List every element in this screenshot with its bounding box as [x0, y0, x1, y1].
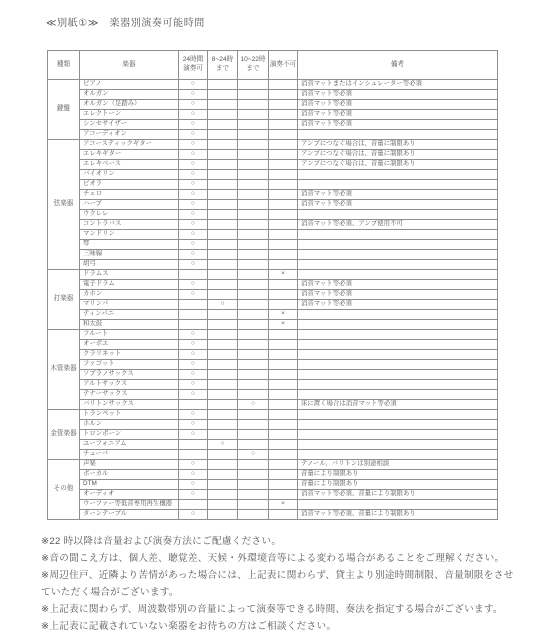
table-row: ハープ○消音マット等必須: [48, 200, 498, 210]
remark-text: 音量により制限あり: [298, 480, 498, 490]
mark-24h-allowed: ○: [179, 80, 208, 90]
table-row: コントラバス○消音マット等必須、アンプ使用不可: [48, 220, 498, 230]
mark-until-24: [208, 210, 238, 220]
instrument-name: DTM: [80, 480, 179, 490]
remark-text: 消音マット等必須: [298, 190, 498, 200]
table-row: 三味線○: [48, 250, 498, 260]
mark-24h-allowed: ○: [179, 250, 208, 260]
category-label: 金管楽器: [48, 410, 80, 460]
remark-text: 消音マットまたはインシュレーター等必須: [298, 80, 498, 90]
mark-not-allowed: [269, 440, 298, 450]
category-label: その他: [48, 460, 80, 520]
category-label: 打楽器: [48, 270, 80, 330]
instrument-name: オルガン: [80, 90, 179, 100]
mark-24h-allowed: ○: [179, 420, 208, 430]
mark-until-22: [238, 200, 269, 210]
remark-text: [298, 250, 498, 260]
instrument-name: エレキベース: [80, 160, 179, 170]
remark-text: [298, 430, 498, 440]
footnote: ※上記表に記載されていない楽器をお待ちの方はご相談ください。: [41, 618, 523, 635]
instrument-name: 三味線: [80, 250, 179, 260]
instrument-name: チューバ: [80, 450, 179, 460]
mark-not-allowed: [269, 350, 298, 360]
mark-24h-allowed: [179, 400, 208, 410]
mark-24h-allowed: ○: [179, 430, 208, 440]
mark-not-allowed: [269, 130, 298, 140]
mark-until-24: [208, 220, 238, 230]
instrument-name: ティンパニ: [80, 310, 179, 320]
mark-24h-allowed: [179, 440, 208, 450]
table-row: オーディオ○消音マット等必須、音量により制限あり: [48, 490, 498, 500]
mark-until-24: [208, 170, 238, 180]
mark-until-22: [238, 250, 269, 260]
mark-until-24: [208, 230, 238, 240]
instrument-name: オルガン（足踏み）: [80, 100, 179, 110]
mark-24h-allowed: ○: [179, 360, 208, 370]
instrument-name: エレクトーン: [80, 110, 179, 120]
mark-not-allowed: [269, 480, 298, 490]
mark-not-allowed: [269, 100, 298, 110]
table-row: 金管楽器トランペット○: [48, 410, 498, 420]
table-row: 琴○: [48, 240, 498, 250]
remark-text: 消音マット等必須: [298, 200, 498, 210]
mark-until-24: [208, 240, 238, 250]
mark-24h-allowed: ○: [179, 330, 208, 340]
mark-24h-allowed: ○: [179, 460, 208, 470]
mark-until-22: [238, 220, 269, 230]
table-row: ホルン○: [48, 420, 498, 430]
mark-until-22: [238, 260, 269, 270]
table-row: トロンボーン○: [48, 430, 498, 440]
instrument-name: ソプラノサックス: [80, 370, 179, 380]
mark-until-24: [208, 380, 238, 390]
remark-text: [298, 230, 498, 240]
footnote: ※周辺住戸、近隣より苦情があった場合には、上記表に関わらず、貸主より別途時間制限…: [41, 567, 523, 601]
instrument-name: ドラムス: [80, 270, 179, 280]
mark-until-22: [238, 370, 269, 380]
mark-not-allowed: [269, 160, 298, 170]
mark-until-24: [208, 260, 238, 270]
category-label: 鍵盤: [48, 80, 80, 140]
remark-text: 消音マット等必須: [298, 90, 498, 100]
mark-until-22: [238, 300, 269, 310]
table-row: オーボエ○: [48, 340, 498, 350]
mark-until-24: [208, 320, 238, 330]
mark-until-22: [238, 230, 269, 240]
mark-not-allowed: [269, 120, 298, 130]
mark-24h-allowed: ○: [179, 220, 208, 230]
mark-24h-allowed: ○: [179, 160, 208, 170]
remark-text: [298, 270, 498, 280]
table-row: ユーフォニアム○: [48, 440, 498, 450]
mark-not-allowed: [269, 290, 298, 300]
instrument-name: ピアノ: [80, 80, 179, 90]
remark-text: [298, 340, 498, 350]
remark-text: [298, 310, 498, 320]
table-row: ファゴット○: [48, 360, 498, 370]
mark-24h-allowed: ○: [179, 480, 208, 490]
mark-until-22: [238, 290, 269, 300]
mark-not-allowed: [269, 460, 298, 470]
remark-text: 消音マット等必須: [298, 300, 498, 310]
mark-24h-allowed: ○: [179, 350, 208, 360]
remark-text: [298, 360, 498, 370]
mark-until-24: [208, 340, 238, 350]
mark-until-22: [238, 150, 269, 160]
mark-not-allowed: [269, 370, 298, 380]
mark-until-22: [238, 420, 269, 430]
mark-until-22: [238, 510, 269, 520]
instrument-name: オーディオ: [80, 490, 179, 500]
table-row: DTM○音量により制限あり: [48, 480, 498, 490]
mark-not-allowed: [269, 280, 298, 290]
remark-text: 消音マット等必須: [298, 280, 498, 290]
remark-text: [298, 170, 498, 180]
mark-not-allowed: [269, 230, 298, 240]
instrument-name: 声楽: [80, 460, 179, 470]
table-row: シンセサイザー○消音マット等必須: [48, 120, 498, 130]
mark-until-22: [238, 110, 269, 120]
mark-until-24: [208, 290, 238, 300]
mark-until-24: ○: [208, 440, 238, 450]
remark-text: [298, 500, 498, 510]
mark-until-22: [238, 360, 269, 370]
table-row: チェロ○消音マット等必須: [48, 190, 498, 200]
mark-until-22: [238, 270, 269, 280]
mark-not-allowed: [269, 450, 298, 460]
instrument-name: マンドリン: [80, 230, 179, 240]
instrument-name: カホン: [80, 290, 179, 300]
table-row: ボーカル○音量により制限あり: [48, 470, 498, 480]
instrument-name: ビオラ: [80, 180, 179, 190]
remark-text: [298, 390, 498, 400]
remark-text: [298, 380, 498, 390]
mark-24h-allowed: ○: [179, 290, 208, 300]
instrument-name: シンセサイザー: [80, 120, 179, 130]
mark-until-24: [208, 120, 238, 130]
instrument-name: ユーフォニアム: [80, 440, 179, 450]
mark-until-24: [208, 350, 238, 360]
mark-until-24: [208, 420, 238, 430]
instrument-name: バイオリン: [80, 170, 179, 180]
mark-not-allowed: [269, 490, 298, 500]
mark-24h-allowed: ○: [179, 140, 208, 150]
table-row: ウーファー等低音専用再生機器×: [48, 500, 498, 510]
table-row: クラリネット○: [48, 350, 498, 360]
mark-until-22: [238, 160, 269, 170]
table-row: 和太鼓×: [48, 320, 498, 330]
remark-text: [298, 420, 498, 430]
table-row: エレキギター○アンプにつなぐ場合は、音量に制限あり: [48, 150, 498, 160]
mark-until-22: [238, 180, 269, 190]
mark-until-24: [208, 90, 238, 100]
page-title: ≪別紙①≫ 楽器別演奏可能時間: [46, 14, 205, 29]
header-24h-allowed: 24時間 演奏可: [179, 51, 208, 80]
instrument-name: 琴: [80, 240, 179, 250]
mark-24h-allowed: ○: [179, 470, 208, 480]
mark-until-22: [238, 490, 269, 500]
remark-text: アンプにつなぐ場合は、音量に制限あり: [298, 140, 498, 150]
remark-text: [298, 330, 498, 340]
instrument-table: 種類 楽器 24時間 演奏可 8~24時 まで 10~22時 まで 演奏不可 備…: [47, 50, 498, 520]
mark-until-22: ○: [238, 400, 269, 410]
mark-until-22: [238, 310, 269, 320]
instrument-name: アルトサックス: [80, 380, 179, 390]
category-label: 弦楽器: [48, 140, 80, 270]
mark-not-allowed: [269, 410, 298, 420]
mark-24h-allowed: ○: [179, 210, 208, 220]
mark-until-24: [208, 140, 238, 150]
remark-text: 音量により制限あり: [298, 470, 498, 480]
mark-not-allowed: [269, 140, 298, 150]
table-row: アルトサックス○: [48, 380, 498, 390]
mark-until-22: [238, 350, 269, 360]
mark-until-22: [238, 500, 269, 510]
table-row: その他声楽○テノール、バリトンは別途相談: [48, 460, 498, 470]
mark-until-24: [208, 370, 238, 380]
mark-24h-allowed: ○: [179, 180, 208, 190]
instrument-name: チェロ: [80, 190, 179, 200]
table-row: バリトンサックス○床に置く場合は消音マット等必須: [48, 400, 498, 410]
table-row: チューバ○: [48, 450, 498, 460]
remark-text: 消音マット等必須: [298, 110, 498, 120]
header-type: 種類: [48, 51, 80, 80]
table-row: エレクトーン○消音マット等必須: [48, 110, 498, 120]
mark-until-22: [238, 410, 269, 420]
mark-until-22: [238, 330, 269, 340]
mark-not-allowed: [269, 200, 298, 210]
table-row: マンドリン○: [48, 230, 498, 240]
remark-text: 消音マット等必須: [298, 100, 498, 110]
mark-until-22: [238, 210, 269, 220]
mark-24h-allowed: ○: [179, 510, 208, 520]
header-instrument: 楽器: [80, 51, 179, 80]
mark-until-24: [208, 460, 238, 470]
mark-not-allowed: [269, 390, 298, 400]
remark-text: [298, 370, 498, 380]
instrument-name: 和太鼓: [80, 320, 179, 330]
mark-not-allowed: [269, 170, 298, 180]
remark-text: [298, 440, 498, 450]
mark-24h-allowed: ○: [179, 170, 208, 180]
instrument-name: 胡弓: [80, 260, 179, 270]
table-row: エレキベース○アンプにつなぐ場合は、音量に制限あり: [48, 160, 498, 170]
mark-until-22: [238, 170, 269, 180]
mark-until-24: [208, 480, 238, 490]
mark-24h-allowed: ○: [179, 490, 208, 500]
mark-not-allowed: [269, 90, 298, 100]
mark-not-allowed: [269, 420, 298, 430]
header-not-allowed: 演奏不可: [269, 51, 298, 80]
mark-until-22: [238, 440, 269, 450]
remark-text: [298, 260, 498, 270]
mark-24h-allowed: [179, 300, 208, 310]
footnotes: ※22 時以降は音量および演奏方法にご配慮ください。 ※音の聞こえ方は、個人差、…: [41, 533, 523, 635]
mark-24h-allowed: ○: [179, 390, 208, 400]
mark-not-allowed: [269, 190, 298, 200]
mark-24h-allowed: ○: [179, 130, 208, 140]
mark-24h-allowed: ○: [179, 230, 208, 240]
mark-24h-allowed: ○: [179, 240, 208, 250]
mark-24h-allowed: ○: [179, 150, 208, 160]
table-row: オルガン○消音マット等必須: [48, 90, 498, 100]
mark-not-allowed: [269, 400, 298, 410]
header-until-22: 10~22時 まで: [238, 51, 269, 80]
mark-until-24: [208, 130, 238, 140]
mark-not-allowed: [269, 510, 298, 520]
mark-until-24: [208, 330, 238, 340]
footnote: ※22 時以降は音量および演奏方法にご配慮ください。: [41, 533, 523, 550]
remark-text: 消音マット等必須、アンプ使用不可: [298, 220, 498, 230]
instrument-name: クラリネット: [80, 350, 179, 360]
mark-until-24: [208, 270, 238, 280]
mark-until-24: [208, 510, 238, 520]
instrument-name: テナーサックス: [80, 390, 179, 400]
mark-until-22: [238, 120, 269, 130]
instrument-name: ボーカル: [80, 470, 179, 480]
remark-text: [298, 130, 498, 140]
instrument-name: エレキギター: [80, 150, 179, 160]
mark-until-24: [208, 180, 238, 190]
mark-not-allowed: [269, 380, 298, 390]
remark-text: テノール、バリトンは別途相談: [298, 460, 498, 470]
mark-24h-allowed: [179, 320, 208, 330]
mark-24h-allowed: ○: [179, 280, 208, 290]
mark-until-22: [238, 480, 269, 490]
remark-text: 消音マット等必須、音量により制限あり: [298, 490, 498, 500]
mark-24h-allowed: ○: [179, 100, 208, 110]
mark-until-24: [208, 450, 238, 460]
mark-until-24: [208, 250, 238, 260]
mark-until-24: [208, 160, 238, 170]
mark-until-22: [238, 380, 269, 390]
mark-until-24: [208, 400, 238, 410]
mark-not-allowed: ×: [269, 310, 298, 320]
mark-not-allowed: [269, 210, 298, 220]
remark-text: [298, 350, 498, 360]
mark-until-22: [238, 430, 269, 440]
instrument-name: 電子ドラム: [80, 280, 179, 290]
table-row: オルガン（足踏み）○消音マット等必須: [48, 100, 498, 110]
mark-24h-allowed: [179, 270, 208, 280]
mark-until-24: [208, 100, 238, 110]
instrument-name: バリトンサックス: [80, 400, 179, 410]
table-row: テナーサックス○: [48, 390, 498, 400]
mark-24h-allowed: ○: [179, 260, 208, 270]
mark-24h-allowed: ○: [179, 120, 208, 130]
mark-24h-allowed: [179, 500, 208, 510]
mark-until-24: [208, 190, 238, 200]
table-row: バイオリン○: [48, 170, 498, 180]
remark-text: アンプにつなぐ場合は、音量に制限あり: [298, 160, 498, 170]
remark-text: アンプにつなぐ場合は、音量に制限あり: [298, 150, 498, 160]
page: ≪別紙①≫ 楽器別演奏可能時間 種類 楽器 24時間 演奏可 8~24時 まで …: [0, 0, 541, 640]
mark-not-allowed: [269, 110, 298, 120]
mark-not-allowed: [269, 260, 298, 270]
mark-24h-allowed: ○: [179, 190, 208, 200]
mark-not-allowed: [269, 340, 298, 350]
remark-text: [298, 450, 498, 460]
remark-text: 消音マット等必須: [298, 290, 498, 300]
mark-24h-allowed: ○: [179, 90, 208, 100]
mark-24h-allowed: ○: [179, 410, 208, 420]
instrument-name: アコースティックギター: [80, 140, 179, 150]
remark-text: 床に置く場合は消音マット等必須: [298, 400, 498, 410]
table-row: カホン○消音マット等必須: [48, 290, 498, 300]
mark-until-24: [208, 200, 238, 210]
mark-24h-allowed: ○: [179, 110, 208, 120]
mark-until-24: [208, 430, 238, 440]
mark-not-allowed: [269, 330, 298, 340]
instrument-name: ウクレレ: [80, 210, 179, 220]
table-row: 弦楽器アコースティックギター○アンプにつなぐ場合は、音量に制限あり: [48, 140, 498, 150]
instrument-name: マリンバ: [80, 300, 179, 310]
instrument-name: トランペット: [80, 410, 179, 420]
mark-until-22: [238, 130, 269, 140]
remark-text: [298, 240, 498, 250]
mark-not-allowed: [269, 250, 298, 260]
table-row: 打楽器ドラムス×: [48, 270, 498, 280]
mark-until-22: [238, 100, 269, 110]
table-row: ティンパニ×: [48, 310, 498, 320]
mark-not-allowed: [269, 430, 298, 440]
remark-text: 消音マット等必須、音量により制限あり: [298, 510, 498, 520]
category-label: 木管楽器: [48, 330, 80, 410]
mark-not-allowed: [269, 150, 298, 160]
mark-24h-allowed: ○: [179, 200, 208, 210]
table-row: アコーディオン○: [48, 130, 498, 140]
instrument-name: コントラバス: [80, 220, 179, 230]
mark-until-24: [208, 500, 238, 510]
instrument-name: ホルン: [80, 420, 179, 430]
header-until-24: 8~24時 まで: [208, 51, 238, 80]
mark-until-22: [238, 140, 269, 150]
table-row: ウクレレ○: [48, 210, 498, 220]
mark-until-22: [238, 80, 269, 90]
mark-until-24: [208, 150, 238, 160]
mark-24h-allowed: ○: [179, 380, 208, 390]
instrument-name: トロンボーン: [80, 430, 179, 440]
table-row: ソプラノサックス○: [48, 370, 498, 380]
instrument-name: ウーファー等低音専用再生機器: [80, 500, 179, 510]
mark-until-24: [208, 470, 238, 480]
mark-not-allowed: ×: [269, 500, 298, 510]
instrument-name: ファゴット: [80, 360, 179, 370]
mark-until-22: [238, 240, 269, 250]
footnote: ※音の聞こえ方は、個人差、聴覚差、天候・外環境音等による変わる場合があることをご…: [41, 550, 523, 567]
mark-until-24: ○: [208, 300, 238, 310]
mark-until-24: [208, 410, 238, 420]
mark-until-22: [238, 320, 269, 330]
mark-not-allowed: [269, 240, 298, 250]
mark-until-22: [238, 460, 269, 470]
mark-not-allowed: [269, 360, 298, 370]
table-row: ビオラ○: [48, 180, 498, 190]
mark-24h-allowed: ○: [179, 340, 208, 350]
mark-not-allowed: ×: [269, 270, 298, 280]
mark-not-allowed: [269, 470, 298, 480]
table-row: 胡弓○: [48, 260, 498, 270]
table-row: マリンバ○消音マット等必須: [48, 300, 498, 310]
mark-until-22: ○: [238, 450, 269, 460]
mark-not-allowed: ×: [269, 320, 298, 330]
mark-until-22: [238, 90, 269, 100]
instrument-table-body: 鍵盤ピアノ○消音マットまたはインシュレーター等必須オルガン○消音マット等必須オル…: [48, 80, 498, 520]
table-row: 電子ドラム○消音マット等必須: [48, 280, 498, 290]
mark-not-allowed: [269, 180, 298, 190]
instrument-name: オーボエ: [80, 340, 179, 350]
mark-24h-allowed: [179, 310, 208, 320]
